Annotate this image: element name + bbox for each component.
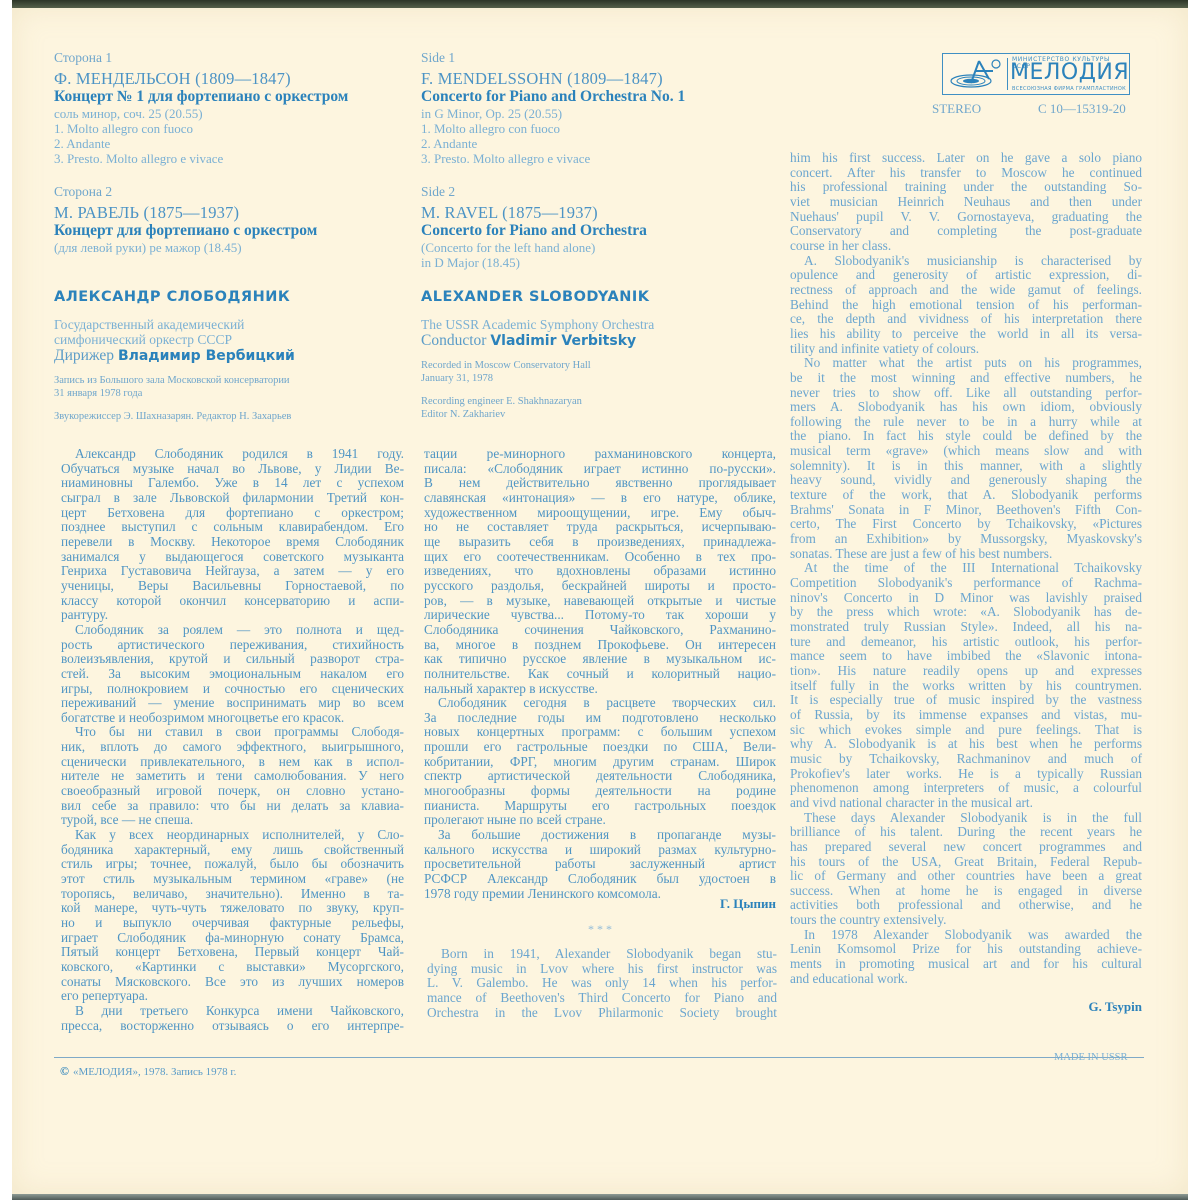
text-line: сонаты Мясковского. Все это из лучших но…	[61, 975, 404, 990]
text-line: never tries to show off. Like all outsta…	[790, 386, 1142, 401]
text-line: ninov's Concerto in D Minor was lavishly…	[790, 591, 1142, 606]
text-line: тации ре-минорного рахманиновского конце…	[424, 447, 776, 462]
text-line: волеизъявления, крутой и сильный разворо…	[61, 652, 404, 667]
text-line: itself fully in the works written by his…	[790, 679, 1142, 694]
side1-label-en: Side 1	[421, 50, 685, 66]
recording-info-ru: Запись из Большого зала Московской консе…	[54, 375, 348, 388]
text-line: этот стиль музыкальным термином «граве» …	[61, 872, 404, 887]
text-line: In 1978 Alexander Slobodyanik was awarde…	[790, 928, 1142, 943]
notes-ru-col1: Александр Слободяник родился в 1941 году…	[61, 447, 404, 1033]
recording-date-en: January 31, 1978	[421, 373, 685, 386]
artist-name-ru: АЛЕКСАНДР СЛОБОДЯНИК	[54, 289, 348, 305]
text-line: These days Alexander Slobodyanik is in t…	[790, 811, 1142, 826]
text-line: No matter what the artist puts on his pr…	[790, 356, 1142, 371]
text-line: но и выпукло очерчивая фактурные рельефы…	[61, 916, 404, 931]
text-line: lic of Germany and other countries have …	[790, 869, 1142, 884]
text-line: dying music in Lvov where his first inst…	[427, 962, 777, 977]
side1-composer-ru: Ф. МЕНДЕЛЬСОН (1809—1847)	[54, 69, 348, 89]
text-line: activities both professional and otherwi…	[790, 898, 1142, 913]
text-line: спектр артистической деятельности Слобод…	[424, 769, 776, 784]
orchestra-en: The USSR Academic Symphony Orchestra	[421, 317, 685, 332]
text-line: concert. After his transfer to Moscow he…	[790, 166, 1142, 181]
text-line: mers A. Slobodyanik has his own idiom, o…	[790, 400, 1142, 415]
text-line: церт Бетховена для фортепиано с оркестро…	[61, 506, 404, 521]
text-line: Prokofiev's later works. He is a typical…	[790, 767, 1142, 782]
signature-ru: Г. Цыпин	[424, 896, 776, 912]
recording-info-en: Recorded in Moscow Conservatory Hall	[421, 360, 685, 373]
text-line: music by Tchaikovsky, Rachmaninov and mu…	[790, 752, 1142, 767]
text-line: mance of Beethoven's Third Concerto for …	[427, 991, 777, 1006]
english-track-listing: Side 1 F. MENDELSSOHN (1809—1847) Concer…	[421, 50, 685, 421]
text-line: прошли его гастрольные поездки по США, В…	[424, 740, 776, 755]
text-line: рантуру.	[61, 608, 404, 623]
text-line: and vivd national character in the music…	[790, 796, 1142, 811]
conductor-ru: Дирижер Владимир Вербицкий	[54, 347, 348, 365]
conductor-label-ru: Дирижер	[54, 347, 114, 364]
text-line: Behind the high emotional tension of his…	[790, 298, 1142, 313]
text-line: L. V. Galembo. He was only 14 when his p…	[427, 976, 777, 991]
text-line: Как у всех неординарных исполнителей, у …	[61, 828, 404, 843]
text-line: турой, все — не спеша.	[61, 813, 404, 828]
text-line: his tours of the USA, Great Britain, Fed…	[790, 855, 1142, 870]
text-line: rectness of approach and the wide gamut …	[790, 283, 1142, 298]
side2-label-ru: Сторона 2	[54, 184, 348, 200]
text-line: tion». His nature readily opens up and e…	[790, 664, 1142, 679]
text-line: как типично русское явление в музыкально…	[424, 652, 776, 667]
text-line: изведениях, что вдохновлены образами ист…	[424, 564, 776, 579]
signature-en: G. Tsypin	[790, 999, 1142, 1015]
side2-label-en: Side 2	[421, 184, 685, 200]
copyright-line: ©«МЕЛОДИЯ», 1978. Запись 1978 г.	[60, 1064, 236, 1079]
text-line: of Russia, by its immense expanses and v…	[790, 708, 1142, 723]
made-in-ussr: MADE IN USSR	[1054, 1052, 1128, 1063]
text-line: просветительной работы заслуженный артис…	[424, 857, 776, 872]
orchestra-ru: Государственный академический	[54, 317, 348, 332]
text-line: писала: «Слободяник играет истинно по-ру…	[424, 462, 776, 477]
side2-key-en: in D Major (18.45)	[421, 255, 685, 270]
text-line: кального искусства и широкий размах куль…	[424, 843, 776, 858]
text-line: Обучаться музыке начал во Львове, у Лиди…	[61, 462, 404, 477]
text-line: his professional training under the outs…	[790, 180, 1142, 195]
text-line: Nuehaus' pupil V. V. Gornostayeva, gradu…	[790, 210, 1142, 225]
text-line: За большие достижения в пропаганде музы-	[424, 828, 776, 843]
text-line: художественном мироощущении, игре. Ему о…	[424, 506, 776, 521]
text-line: полнительстве. Как сочный и колоритный н…	[424, 667, 776, 682]
text-line: классу которой окончил консерваторию и а…	[61, 594, 404, 609]
text-line: Что бы ни ставил в свои программы Слобод…	[61, 725, 404, 740]
text-line: by the press which wrote: «A. Slobodyani…	[790, 605, 1142, 620]
text-line: ник, вплоть до самого эффектного, выигры…	[61, 740, 404, 755]
text-line: Competition Slobodyanik's performance of…	[790, 576, 1142, 591]
text-line: the piano. In fact his style could be de…	[790, 429, 1142, 444]
text-line: course in her class.	[790, 239, 1142, 254]
text-line: В нем действительно явственно проглядыва…	[424, 476, 776, 491]
text-line: phenomenon among interpreters of music, …	[790, 781, 1142, 796]
logo-brand-name: МЕЛОДИЯ	[1010, 61, 1129, 85]
text-line: нальный характер в искусстве.	[424, 682, 776, 697]
text-line: heavy sound, vividly and generously shap…	[790, 473, 1142, 488]
text-line: многообразны формы деятельности на родин…	[424, 784, 776, 799]
text-line: from an Exhibition» by Mussorgsky, Myask…	[790, 532, 1142, 547]
text-line: tility and infinite vatiety of colours.	[790, 342, 1142, 357]
recording-date-ru: 31 января 1978 года	[54, 388, 348, 401]
credits-ru: Звукорежиссер Э. Шахназарян. Редактор Н.…	[54, 411, 348, 424]
side1-composer-en: F. MENDELSSOHN (1809—1847)	[421, 69, 685, 89]
text-line: following the rule never to be in a hurr…	[790, 415, 1142, 430]
text-line: Александр Слободяник родился в 1941 году…	[61, 447, 404, 462]
sleeve-bottom-edge	[12, 1194, 1188, 1200]
side2-subtitle-en: (Concerto for the left hand alone)	[421, 240, 685, 255]
text-line: Orchestra in the Lvov Philarmonic Societ…	[427, 1006, 777, 1021]
text-line: РСФСР Александр Слободяник был удостоен …	[424, 872, 776, 887]
text-line: нителе не заметить и тени самолюбования.…	[61, 769, 404, 784]
text-line: В дни третьего Конкурса имени Чайковског…	[61, 1004, 404, 1019]
text-line: texture of the work, that A. Slobodyanik…	[790, 488, 1142, 503]
side1-movement-ru: 3. Presto. Molto allegro e vivace	[54, 151, 348, 166]
conductor-label-en: Conductor	[421, 332, 486, 349]
russian-track-listing: Сторона 1 Ф. МЕНДЕЛЬСОН (1809—1847) Конц…	[54, 50, 348, 424]
text-line: стиль игры; точнее, пожалуй, было бы обо…	[61, 857, 404, 872]
conductor-name-en: Vladimir Verbitsky	[490, 333, 636, 349]
copyright-icon: ©	[60, 1064, 69, 1079]
side2-composer-ru: М. РАВЕЛЬ (1875—1937)	[54, 203, 348, 223]
side1-label-ru: Сторона 1	[54, 50, 348, 66]
text-line: A. Slobodyanik's musicianship is charact…	[790, 254, 1142, 269]
text-line: Слободяник сегодня в расцвете творческих…	[424, 696, 776, 711]
text-line: solemnity). It is in this manner, with a…	[790, 459, 1142, 474]
side2-composer-en: M. RAVEL (1875—1937)	[421, 203, 685, 223]
conductor-en: Conductor Vladimir Verbitsky	[421, 332, 685, 350]
side1-key-ru: соль минор, соч. 25 (20.55)	[54, 106, 348, 121]
text-line: щих его соотечественникам. Особенно в те…	[424, 550, 776, 565]
text-line: ниаминовны Галембо. Уже в 14 лет с успех…	[61, 476, 404, 491]
text-line: Пятый концерт Бетховена, Первый концерт …	[61, 945, 404, 960]
text-line: opulence and generosity of artistic expr…	[790, 268, 1142, 283]
text-line: пролегают ныне по всей стране.	[424, 813, 776, 828]
text-line: славянская «интонация» — в его натуре, о…	[424, 491, 776, 506]
text-line: торопясь, величаво, значительно). Именно…	[61, 887, 404, 902]
side2-key-ru: (для левой руки) ре мажор (18.45)	[54, 240, 348, 255]
melodiya-emblem-icon	[949, 57, 1005, 91]
text-line: mance seem to have imbibed the «Slavonic…	[790, 649, 1142, 664]
text-line: вил себе за правило: что бы ни делать за…	[61, 799, 404, 814]
text-line: Слободяника сочинения Чайковского, Рахма…	[424, 623, 776, 638]
artist-name-en: ALEXANDER SLOBODYANIK	[421, 289, 685, 305]
side1-work-en: Concerto for Piano and Orchestra No. 1	[421, 88, 685, 106]
side2-work-en: Concerto for Piano and Orchestra	[421, 222, 685, 240]
text-line: занимался у выдающегося советского музык…	[61, 550, 404, 565]
text-line: has prepared several new concert program…	[790, 840, 1142, 855]
text-line: viet musician Heinrich Neuhaus and then …	[790, 195, 1142, 210]
text-line: новых концертных программ: с большим усп…	[424, 725, 776, 740]
editor-en: Editor N. Zakhariev	[421, 409, 685, 422]
text-line: его репертуара.	[61, 989, 404, 1004]
text-line: пианиста. Маршруты его гастрольных поезд…	[424, 799, 776, 814]
side1-key-en: in G Minor, Op. 25 (20.55)	[421, 106, 685, 121]
text-line: monstrated truly Russian Style». Indeed,…	[790, 620, 1142, 635]
text-line: кой манере, чуть-чуть тяжеловато по звук…	[61, 901, 404, 916]
notes-en-col2: Born in 1941, Alexander Slobodyanik bega…	[427, 947, 777, 1020]
side2-work-ru: Концерт для фортепиано с оркестром	[54, 222, 348, 240]
text-line: ров, — в музыке, навевающей открытые и ч…	[424, 594, 776, 609]
text-line: ковского, «Картинки с выставки» Мусоргск…	[61, 960, 404, 975]
text-line: brilliance of his talent. During the rec…	[790, 825, 1142, 840]
text-line: Conservatory and completing the post-gra…	[790, 224, 1142, 239]
melodiya-logo: МИНИСТЕРСТВО КУЛЬТУРЫ СССР МЕЛОДИЯ ВСЕСО…	[942, 53, 1130, 95]
section-separator: * * *	[424, 922, 776, 937]
text-line: Слободяник за роялем — это полнота и щед…	[61, 623, 404, 638]
text-line: and educational work.	[790, 972, 1142, 987]
text-line: русского раздолья, бескрайней широты и п…	[424, 579, 776, 594]
logo-firm: ВСЕСОЮЗНАЯ ФИРМА ГРАМПЛАСТИНОК	[1012, 86, 1126, 92]
text-line: Lenin Komsomol Prize for his outstanding…	[790, 942, 1142, 957]
side1-work-ru: Концерт № 1 для фортепиано с оркестром	[54, 88, 348, 106]
text-line: бодяника характерный, ему лишь свойствен…	[61, 843, 404, 858]
text-line: но не составляет труда раскрыться, исчер…	[424, 520, 776, 535]
engineer-en: Recording engineer E. Shakhnazaryan	[421, 396, 685, 409]
text-line: ce, the depth and vividness of his inter…	[790, 312, 1142, 327]
text-line: сценически привлекательного, в нем как в…	[61, 755, 404, 770]
stereo-label: STEREO	[932, 101, 981, 117]
text-line: be it the most winning and effective num…	[790, 371, 1142, 386]
text-line: tours the country extensively.	[790, 913, 1142, 928]
text-line: рость артистического переживания, стихий…	[61, 638, 404, 653]
text-line: позднее выступил с сольным клавирабендом…	[61, 520, 404, 535]
catalog-number: С 10—15319-20	[1038, 101, 1126, 117]
orchestra-ru: симфонический оркестр СССР	[54, 332, 348, 347]
text-line: кобритании, ФРГ, многим другим странам. …	[424, 755, 776, 770]
notes-en-col3: him his first success. Later on he gave …	[790, 151, 1142, 986]
footer-rule	[54, 1057, 1144, 1058]
sleeve-top-edge	[12, 0, 1188, 8]
text-line: богатстве и необозримом многоцветье его …	[61, 711, 404, 726]
text-line: стей. За высоким эмоциональным накалом е…	[61, 667, 404, 682]
side1-movement-en: 3. Presto. Molto allegro e vivace	[421, 151, 685, 166]
notes-ru-col2: тации ре-минорного рахманиновского конце…	[424, 447, 776, 901]
side1-movement-ru: 1. Molto allegro con fuoco	[54, 121, 348, 136]
text-line: success. When at home he is engaged in d…	[790, 884, 1142, 899]
side1-movement-en: 1. Molto allegro con fuoco	[421, 121, 685, 136]
text-line: sonatas. These are just a few of his bes…	[790, 547, 1142, 562]
conductor-name-ru: Владимир Вербицкий	[118, 348, 295, 364]
text-line: пресса, восторженно отзываясь о его инте…	[61, 1019, 404, 1034]
text-line: играет Слободяник фа-минорную сонату Бра…	[61, 931, 404, 946]
text-line: переживаний — умение воспринимать мир во…	[61, 696, 404, 711]
text-line: ва, многое в позднем Прокофьеве. Он инте…	[424, 638, 776, 653]
text-line: игры, полнокровием и сочностью его сцени…	[61, 682, 404, 697]
text-line: why A. Slobodyanik is at his best when h…	[790, 737, 1142, 752]
text-line: sic which evokes simple and pure feeling…	[790, 723, 1142, 738]
text-line: Brahms' Sonata in F Minor, Beethoven's F…	[790, 503, 1142, 518]
side1-movement-ru: 2. Andante	[54, 136, 348, 151]
text-line: перевели в Москву. Некоторое время Слобо…	[61, 535, 404, 550]
text-line: lies his ability to perceive the world i…	[790, 327, 1142, 342]
side1-movement-en: 2. Andante	[421, 136, 685, 151]
text-line: him his first success. Later on he gave …	[790, 151, 1142, 166]
text-line: сыграл в зале Львовской филармонии Трети…	[61, 491, 404, 506]
text-line: certo, The First Concerto by Tchaikovsky…	[790, 517, 1142, 532]
logo-divider	[1007, 58, 1008, 90]
text-line: лирические чувства... Потому-то так хоро…	[424, 608, 776, 623]
text-line: ученицы, Веры Васильевны Горностаевой, п…	[61, 579, 404, 594]
text-line: ще выразить себя в произведениях, принад…	[424, 535, 776, 550]
text-line: ments in promoting musical art and for h…	[790, 957, 1142, 972]
text-line: It is especially true of music inspired …	[790, 693, 1142, 708]
text-line: Генриха Густавовича Нейгауза, а затем — …	[61, 564, 404, 579]
text-line: За последние годы им подготовлено нескол…	[424, 711, 776, 726]
copyright-text: «МЕЛОДИЯ», 1978. Запись 1978 г.	[73, 1066, 236, 1078]
text-line: своеобразный игровой почерк, он словно у…	[61, 784, 404, 799]
text-line: ture and demeanor, his artistic outlook,…	[790, 635, 1142, 650]
text-line: musical term «grave» (which means slow a…	[790, 444, 1142, 459]
text-line: At the time of the III International Tch…	[790, 561, 1142, 576]
text-line: Born in 1941, Alexander Slobodyanik bega…	[427, 947, 777, 962]
